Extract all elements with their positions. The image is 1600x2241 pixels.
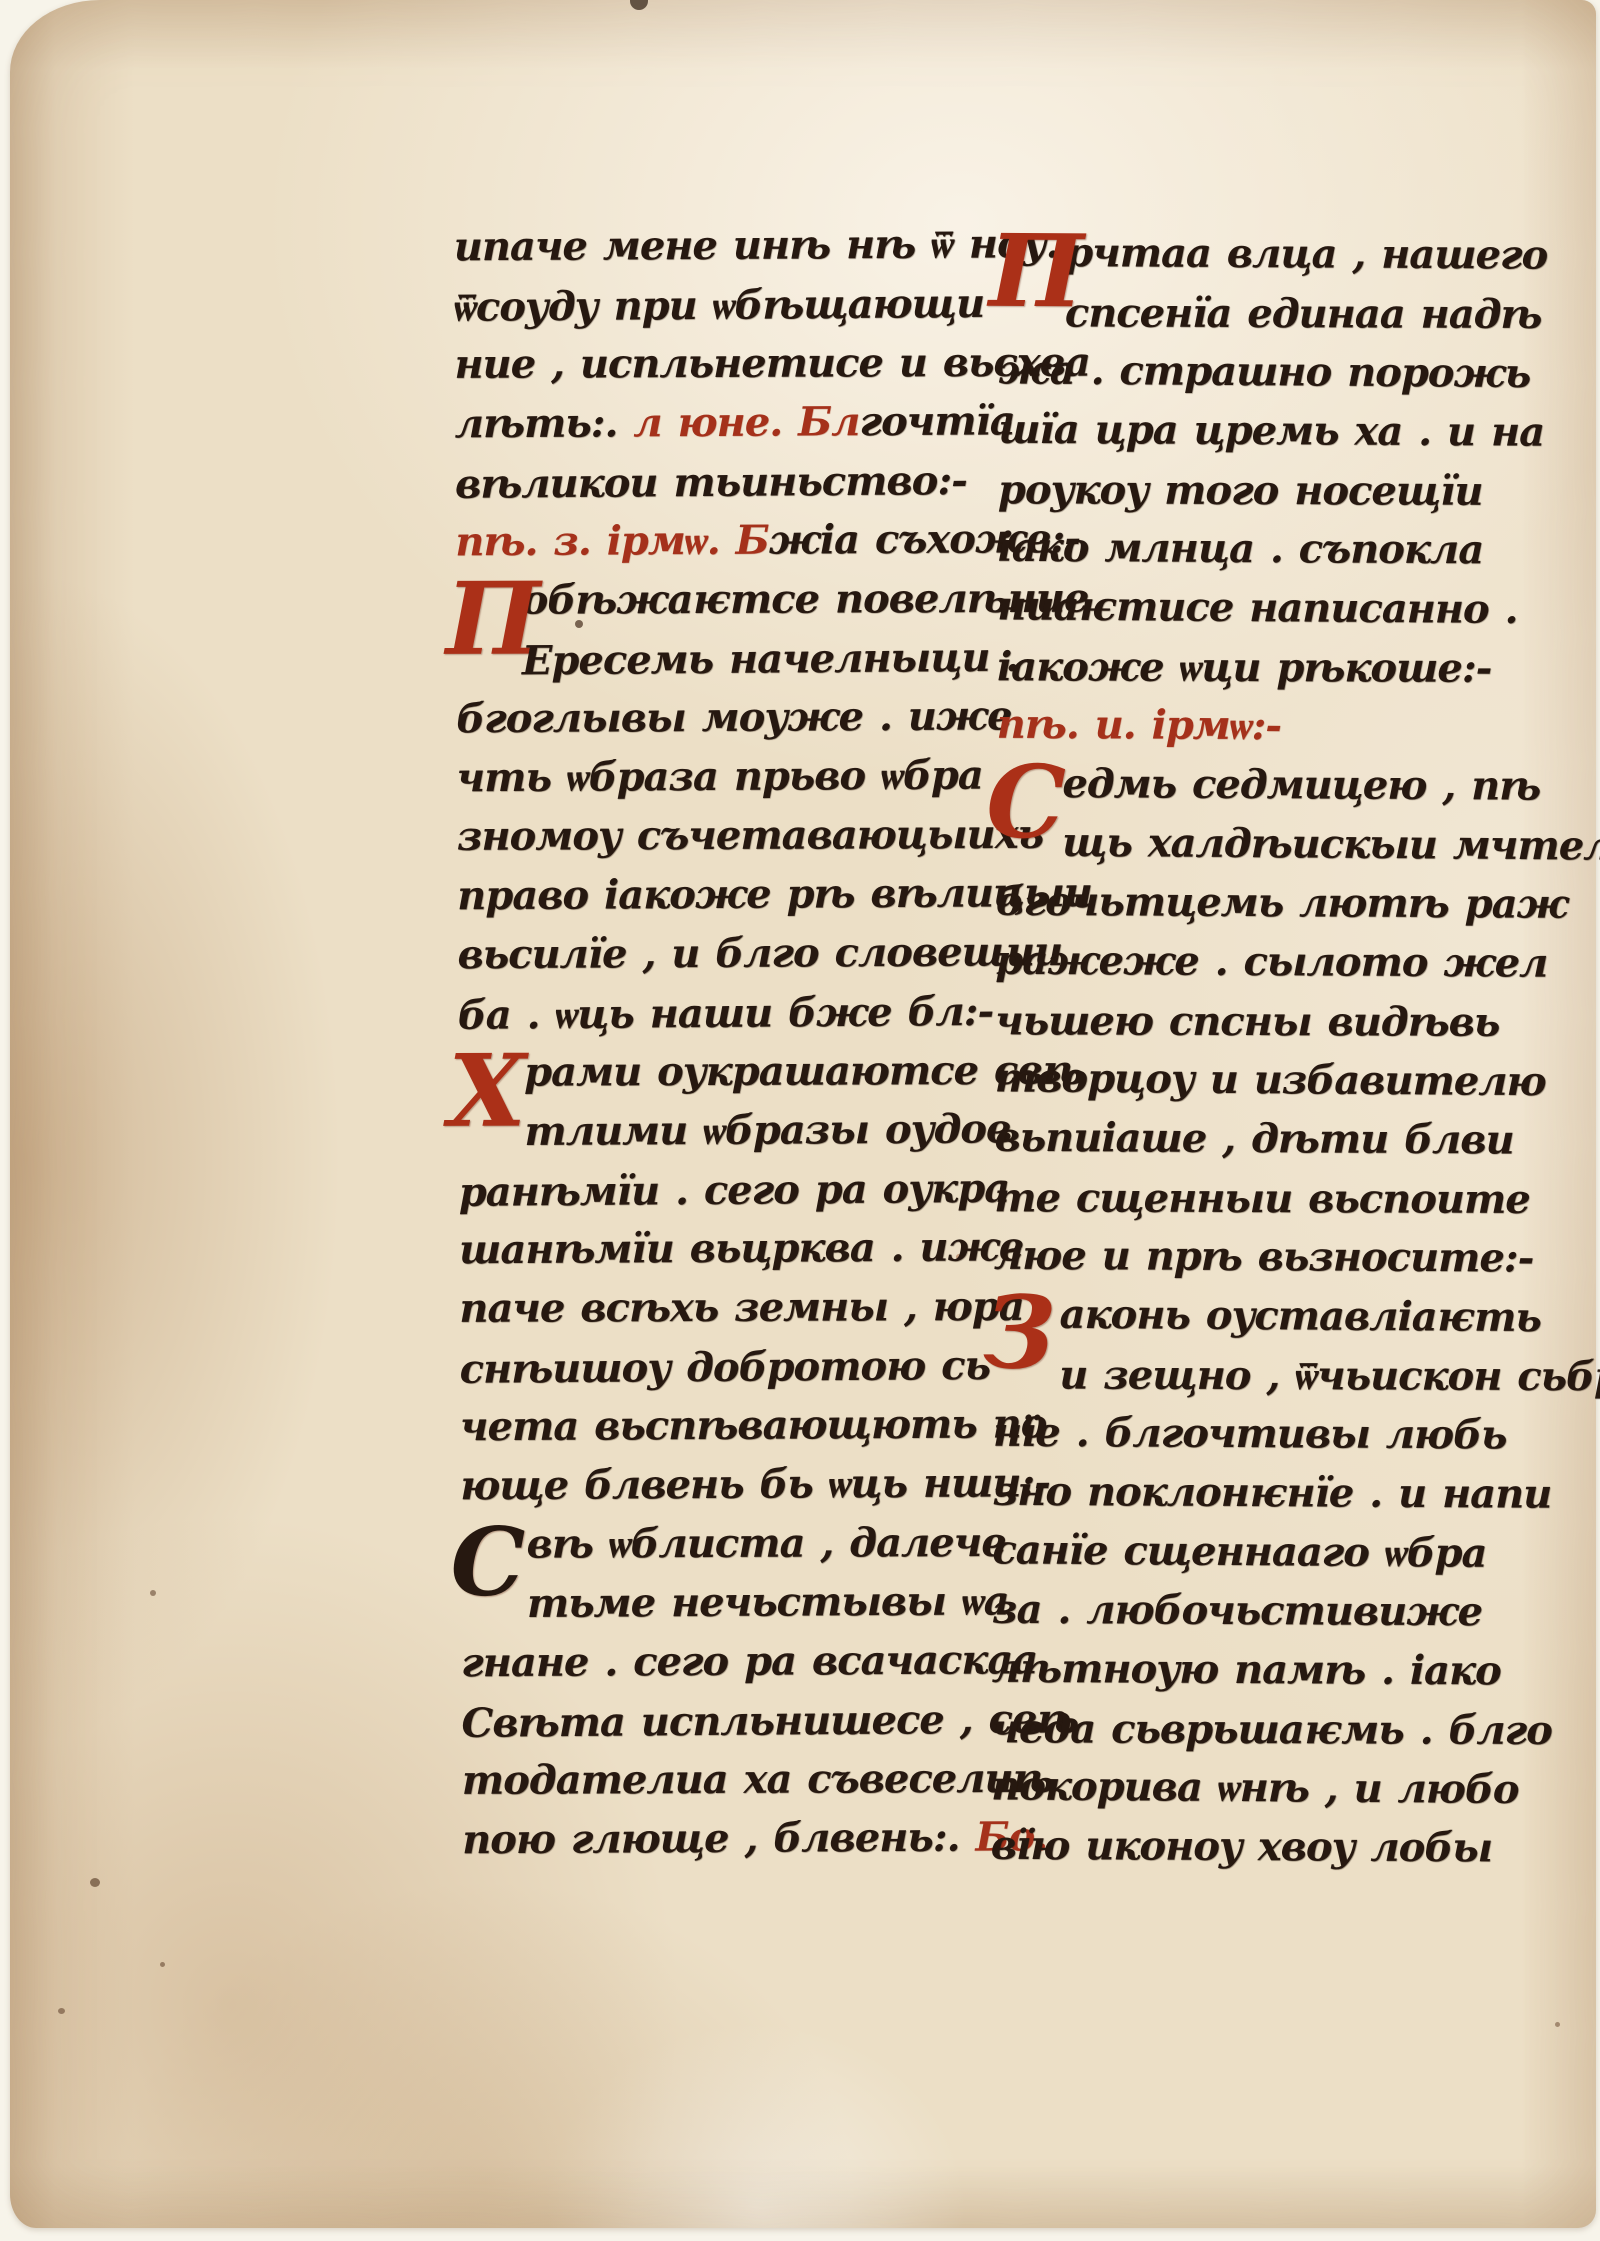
text-line: и зещно , ѿчьискон сьбра [993,1351,1473,1412]
text-line: зно поклонѥнїе . и напи [993,1468,1473,1530]
text-line: люе и прѣ вьзносите:- [994,1232,1474,1294]
text-line: щь халдѣискыи мчтель. [996,818,1476,880]
text-segment: роукоу того носещїи [998,466,1483,515]
text-line: Свѣта испльнишесе , свѣ [461,1696,961,1759]
text-segment: жа . страшно порожь [998,346,1530,397]
text-line: бгоглывы моуже . иже [456,693,956,755]
text-segment: тлими ѡбразы оудов [524,1105,1011,1155]
text-segment: бгоглывы моуже . иже [456,692,1012,742]
text-line: шїа цра цремь ха . и на [998,406,1478,468]
text-line: тодателиа ха съвеселиѣ [462,1755,962,1816]
wormhole-speck [1555,2022,1560,2027]
wormhole-speck [90,1878,100,1887]
text-segment: за . любочьстивиже [992,1586,1482,1636]
text-line: вьпиіаше , дѣти блви [994,1114,1474,1176]
text-line: лѣтноую памѣ . іако [992,1645,1472,1707]
text-line: Храми оукрашаютсе свѣ [458,1047,958,1108]
text-line: Свѣ ѡблиста , далече [461,1519,961,1580]
text-segment: санїе сщеннааго ѡбра [992,1526,1486,1576]
text-line: зномоу съчетаваюцыихь [457,811,957,872]
wormhole-speck [160,1962,165,1967]
text-segment: те сщенныи вьспоите [994,1174,1530,1223]
text-segment: зномоу съчетаваюцыихь [457,811,1043,860]
text-segment: ние , испльнетисе и вьсхва [454,339,1090,388]
text-segment: гочтїа [859,397,1014,445]
text-line: вїю иконоу хвоу лобы [991,1822,1471,1884]
text-line: ѿсоуду при ѡбѣщающи [454,280,954,343]
text-line: пѣ. и. ірмѡ:- [997,701,1477,763]
text-segment: лѣтноую памѣ . іако [992,1645,1501,1695]
text-line: ранѣмїи . сего ра оукра [459,1165,959,1228]
text-line: те сщенныи вьспоите [994,1174,1474,1235]
text-segment: покорива ѡнѣ , и любо [991,1762,1519,1813]
text-segment: и зещно , ѿчьискон сьбра [1059,1351,1600,1400]
text-line: Прчтаа влца , нашего [999,229,1479,291]
text-segment: щь халдѣискыи мчтель. [1062,819,1600,870]
text-segment: пѣ. з. ірмѡ. Б [455,517,769,566]
text-segment: едмь седмицею , пѣ [1062,760,1540,810]
text-line: паче всѣхь земны , юра [459,1283,959,1344]
text-segment: іако млнца . съпокла [998,524,1484,574]
text-segment: вѣ ѡблиста , далече [527,1519,1006,1568]
text-segment: шїа цра цремь ха . и на [998,406,1544,456]
text-line: шанѣмїи вьцрква . иже [459,1224,959,1286]
page-edge-notch [630,0,648,10]
text-segment: аконь оуставліаѥть [1059,1291,1541,1341]
text-segment: Ересемь начелныци . [522,634,1019,685]
text-segment: ранѣмїи . сего ра оукра [459,1165,1010,1216]
text-line: Законь оуставліаѥть [993,1290,1473,1352]
text-line: жа . страшно порожь [998,346,1478,408]
text-segment: чть ѡбраза прьво ѡбра [456,752,982,802]
text-line: вьсилїе , и блго словещии [457,929,957,991]
text-segment: тодателиа ха съвеселиѣ [462,1755,1054,1804]
text-line: покорива ѡнѣ , и любо [991,1762,1471,1824]
text-segment: юще блвень бь ѡць нши:- [460,1459,1050,1509]
text-line: гнане . сего ра всачаскаа [461,1637,961,1699]
text-line: ипаче мене инѣ нѣ ѿ ноу. [454,221,954,283]
text-segment: снѣишоу добротою сь [459,1342,990,1393]
text-segment: пою глюще , блвень:. [462,1814,975,1864]
manuscript-page: ипаче мене инѣ нѣ ѿ ноу.ѿсоуду при ѡбѣща… [10,0,1596,2228]
text-segment: чьшею спсны видѣвь [995,997,1499,1046]
text-line: санїе сщеннааго ѡбра [992,1526,1472,1588]
text-line: ражеже . сылото жел [995,937,1475,999]
text-line: нїе . блгочтивы любь [993,1409,1473,1471]
text-line: юще блвень бь ѡць нши:- [460,1460,960,1522]
text-line: пою глюще , блвень:. Бо. [462,1814,962,1876]
text-line: вѣликои тьиньство:- [455,457,955,520]
text-segment: чеда сьврьшаѥмь . блго [991,1705,1552,1754]
text-line: право іакоже рѣ вѣлицыи [457,870,957,932]
text-segment: зно поклонѥнїе . и напи [993,1468,1552,1518]
text-line: тлими ѡбразы оудов [458,1106,958,1168]
text-segment: Свѣта испльнишесе , свѣ [461,1695,1078,1747]
text-line: ние , испльнетисе и вьсхва [454,339,954,400]
text-line: спсенїа единаа надѣ [999,289,1479,350]
text-segment: рчтаа влца , нашего [1065,229,1547,279]
text-segment: іакоже ѡци рѣкоше:- [997,643,1491,692]
text-line: снѣишоу добротою сь [459,1342,959,1405]
text-segment: ражеже . сылото жел [995,937,1547,987]
text-line: іако млнца . съпокла [997,524,1477,586]
wormhole-speck [150,1590,156,1596]
text-line: бгочьтцемь лютѣ раж [996,878,1476,940]
text-segment: вьпиіаше , дѣти блви [994,1114,1513,1164]
text-segment: вѣликои тьиньство:- [455,457,967,508]
text-segment: л юне. Бл [633,398,859,446]
text-segment: тьме нечьстывы ѡа [527,1577,1009,1627]
text-segment: гнане . сего ра всачаскаа [461,1636,1037,1686]
text-line: чть ѡбраза прьво ѡбра [456,752,956,814]
text-segment: вїю иконоу хвоу лобы [991,1822,1492,1872]
text-segment: шанѣмїи вьцрква . иже [459,1223,1023,1273]
text-line: лѣть:. л юне. Блгочтїа [455,398,955,460]
text-line: за . любочьстивиже [992,1586,1472,1648]
text-segment: бгочьтцемь лютѣ раж [996,878,1568,928]
wormhole-speck [58,2008,65,2014]
text-segment: творцоу и избавителю [995,1054,1546,1105]
manuscript-text-column-right: Прчтаа влца , нашегоспсенїа единаа надѣж… [991,229,1480,1883]
text-line: тьме нечьстывы ѡа [461,1578,961,1640]
text-line: чета вьспѣвающють по [460,1401,960,1463]
text-segment: ѿсоуду при ѡбѣщающи [454,280,984,331]
manuscript-text-column-left: ипаче мене инѣ нѣ ѿ ноу.ѿсоуду при ѡбѣща… [454,221,963,1876]
text-segment: ба . ѡць наши бже бл:- [458,988,994,1039]
text-segment: паче всѣхь земны , юра [459,1283,1024,1332]
text-line: Ересемь начелныци . [456,634,956,697]
text-segment: ипаче мене инѣ нѣ ѿ ноу. [454,220,1059,270]
text-line: Побѣжаѥтсе повелѣние [456,575,956,636]
text-line: чеда сьврьшаѥмь . блго [991,1705,1471,1766]
text-segment: чета вьспѣвающють по [460,1400,1047,1450]
text-line: Седмь седмицею , пѣ [996,760,1476,822]
text-segment: вьсилїе , и блго словещии [457,928,1062,978]
text-segment: лѣть:. [455,399,634,447]
text-segment: ниаѥтисе написанно . [997,582,1518,633]
text-line: чьшею спсны видѣвь [995,997,1475,1058]
text-line: ниаѥтисе написанно . [997,582,1477,644]
text-segment: люе и прѣ вьзносите:- [994,1232,1534,1282]
text-line: творцоу и избавителю [995,1054,1475,1116]
text-segment: нїе . блгочтивы любь [993,1409,1507,1459]
text-segment: спсенїа единаа надѣ [1065,289,1542,337]
text-line: ба . ѡць наши бже бл:- [458,988,958,1051]
text-line: іакоже ѡци рѣкоше:- [997,643,1477,704]
text-segment: пѣ. и. ірмѡ:- [997,701,1281,749]
text-line: роукоу того носещїи [998,466,1478,527]
